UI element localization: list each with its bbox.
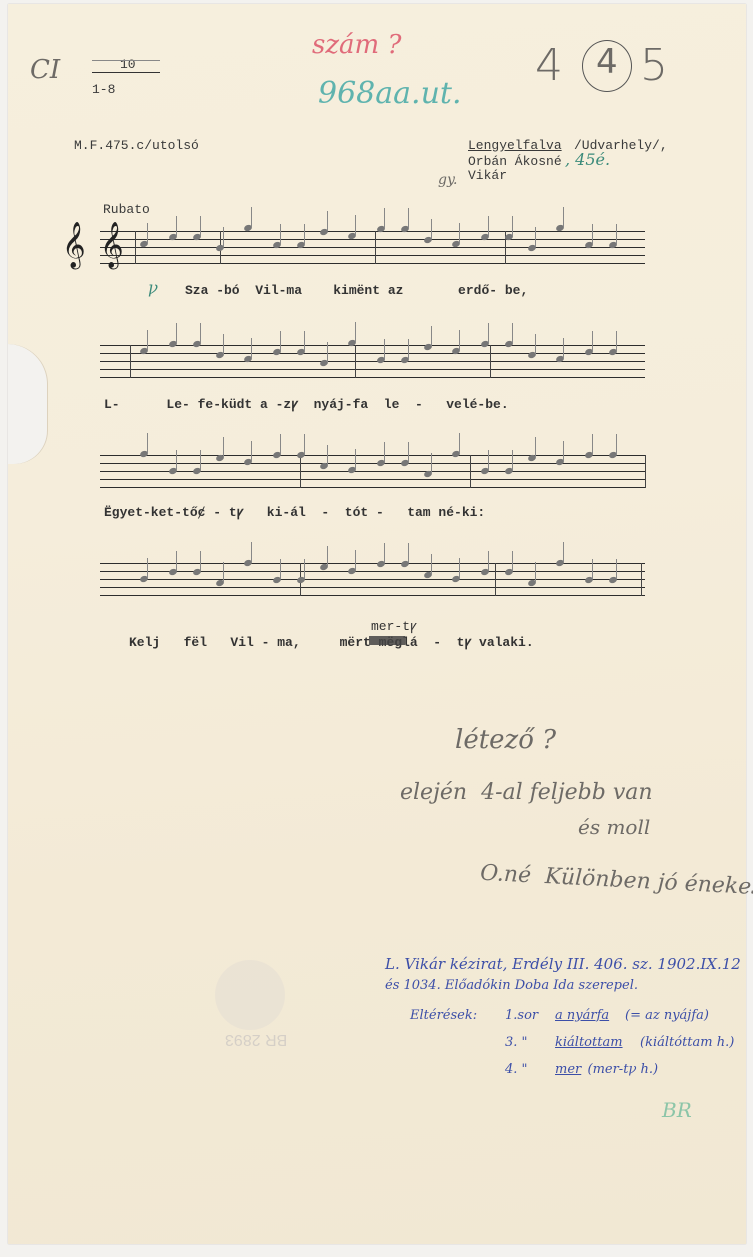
stamp-number: BR 2893 <box>225 1030 287 1048</box>
fraction-line <box>92 72 160 73</box>
treble-clef-icon: 𝄞 <box>62 225 86 265</box>
note-stem <box>147 433 148 453</box>
note-stem <box>384 339 385 359</box>
note-stem <box>459 433 460 453</box>
diff-label: Eltérések: <box>410 1008 477 1023</box>
staff-line <box>100 595 645 596</box>
note-stem <box>327 445 328 465</box>
staff-line <box>100 487 645 488</box>
note-stem <box>488 450 489 470</box>
note-stem <box>304 224 305 244</box>
struck-word-mark <box>369 636 405 645</box>
barline <box>130 345 131 378</box>
note-stem <box>200 216 201 236</box>
torn-edge <box>8 344 48 464</box>
pencil-number-3: 5 <box>640 40 668 91</box>
note-stem <box>535 437 536 457</box>
note-stem <box>616 224 617 244</box>
note-stem <box>431 453 432 473</box>
note-stem <box>355 449 356 469</box>
note-stem <box>304 331 305 351</box>
barline <box>135 231 136 264</box>
note-stem <box>616 331 617 351</box>
tempo-marking: Rubato <box>103 202 150 217</box>
note-stem <box>563 207 564 227</box>
lyrics-line-1: Sza -bó Vil-ma kimënt az erdő- be, <box>185 283 528 298</box>
staff-line-1 <box>100 231 645 265</box>
initials: BR <box>662 1098 692 1122</box>
lyrics-line-3: Ëgyet-ket-tőȼ - tꝩ ki-ál - tót - tam né-… <box>104 502 485 520</box>
note-stem <box>327 342 328 362</box>
note-stem <box>147 558 148 578</box>
note-stem <box>176 450 177 470</box>
treble-clef-icon: 𝄞 <box>100 225 124 265</box>
note-stem <box>147 330 148 350</box>
note-stem <box>408 543 409 563</box>
barline <box>641 563 642 596</box>
note-stem <box>251 338 252 358</box>
note-stem <box>280 559 281 579</box>
note-stem <box>176 323 177 343</box>
note-stem <box>327 546 328 566</box>
pencil-code: CI <box>30 55 60 85</box>
note-stem <box>563 542 564 562</box>
note-stem <box>563 338 564 358</box>
note-stem <box>592 331 593 351</box>
staff-line <box>100 361 645 362</box>
note-stem <box>176 216 177 236</box>
note-stem <box>304 434 305 454</box>
note-stem <box>200 551 201 571</box>
note-stem <box>535 562 536 582</box>
note-stem <box>355 322 356 342</box>
pencil-note-1: létező ? <box>455 725 556 755</box>
note-stem <box>616 434 617 454</box>
note-stem <box>408 208 409 228</box>
diff-note: (kiáltóttam h.) <box>640 1035 734 1050</box>
source-place: Lengyelfalva <box>468 138 562 153</box>
staff-line <box>100 571 645 572</box>
staff-line <box>100 231 645 232</box>
note-stem <box>535 227 536 247</box>
note-stem <box>200 323 201 343</box>
note-stem <box>459 223 460 243</box>
note-stem <box>592 559 593 579</box>
staff-line-4 <box>100 563 645 597</box>
note-stem <box>459 330 460 350</box>
diff-text: kiáltottam <box>555 1035 623 1050</box>
barline <box>355 345 356 378</box>
typed-number-bottom: 1-8 <box>92 82 115 97</box>
note-stem <box>592 224 593 244</box>
pencil-note-3: és moll <box>578 815 650 839</box>
note-stem <box>512 216 513 236</box>
blue-note-2: és 1034. Előadókin Doba Ida szerepel. <box>385 978 638 993</box>
barline <box>490 345 491 378</box>
note-stem <box>147 223 148 243</box>
diff-row-label: 4. " <box>505 1062 528 1077</box>
note-stem <box>512 551 513 571</box>
note-stem <box>488 551 489 571</box>
staff-line <box>100 377 645 378</box>
note-stem <box>384 442 385 462</box>
note-stem <box>408 339 409 359</box>
library-stamp <box>215 960 285 1030</box>
note-stem <box>459 558 460 578</box>
collector-prefix: gy. <box>438 172 457 188</box>
red-note: szám ? <box>312 30 401 60</box>
staff-line <box>100 239 645 240</box>
barline <box>495 563 496 596</box>
pencil-number-1: 4 <box>535 40 563 91</box>
staff-line-2 <box>100 345 645 379</box>
note-stem <box>355 550 356 570</box>
note-stem <box>431 326 432 346</box>
staff-line <box>100 471 645 472</box>
note-stem <box>251 207 252 227</box>
note-stem <box>327 211 328 231</box>
pencil-note-2: elején 4-al feljebb van <box>400 780 653 805</box>
note-stem <box>535 334 536 354</box>
note-stem <box>176 551 177 571</box>
staff-line <box>100 369 645 370</box>
source-singer: Orbán Ákosné <box>468 154 562 169</box>
diff-text: mer <box>555 1062 581 1077</box>
note-stem <box>223 562 224 582</box>
staff-line <box>100 255 645 256</box>
diff-note: (= az nyájfa) <box>625 1008 709 1023</box>
note-stem <box>488 216 489 236</box>
source-collector: Vikár <box>468 168 507 183</box>
note-stem <box>251 542 252 562</box>
singer-age-note: , 45é. <box>565 150 610 169</box>
note-stem <box>431 219 432 239</box>
staff-line <box>100 579 645 580</box>
note-stem <box>200 450 201 470</box>
margin-mark: ꝩ <box>148 278 158 297</box>
diff-row-label: 1.sor <box>505 1008 538 1023</box>
lyrics-line-2: L- Le- fe-küdt a -zꝩ nyáj-fa le - velé-b… <box>104 394 509 412</box>
staff-line <box>100 479 645 480</box>
diff-text: a nyárfa <box>555 1008 609 1023</box>
staff-line <box>100 263 645 264</box>
note-stem <box>280 224 281 244</box>
staff-line-3 <box>100 455 645 489</box>
fraction-strike <box>92 60 160 61</box>
note-stem <box>384 543 385 563</box>
note-stem <box>512 323 513 343</box>
diff-note: (mer-tꝩ h.) <box>588 1062 659 1077</box>
note-stem <box>223 227 224 247</box>
circled-number: 4 <box>596 42 618 82</box>
barline <box>375 231 376 264</box>
staff-line <box>100 587 645 588</box>
diff-row-label: 3. " <box>505 1035 528 1050</box>
barline <box>300 455 301 488</box>
note-stem <box>512 450 513 470</box>
note-stem <box>408 442 409 462</box>
note-stem <box>223 334 224 354</box>
note-stem <box>280 331 281 351</box>
note-stem <box>488 323 489 343</box>
staff-line <box>100 247 645 248</box>
note-stem <box>223 437 224 457</box>
note-stem <box>355 215 356 235</box>
catalog-ref: M.F.475.c/utolsó <box>74 138 199 153</box>
note-stem <box>384 208 385 228</box>
note-stem <box>304 559 305 579</box>
note-stem <box>251 441 252 461</box>
barline <box>470 455 471 488</box>
note-stem <box>280 434 281 454</box>
barline <box>645 455 646 488</box>
teal-note: 968aa.ut. <box>318 76 461 111</box>
note-stem <box>592 434 593 454</box>
blue-note-1: L. Vikár kézirat, Erdély III. 406. sz. 1… <box>385 955 741 973</box>
lyrics-line-4: Kelj fël Vil - ma, mërt mëglá - tꝩ valak… <box>129 632 534 650</box>
note-stem <box>431 554 432 574</box>
note-stem <box>563 441 564 461</box>
note-stem <box>616 559 617 579</box>
